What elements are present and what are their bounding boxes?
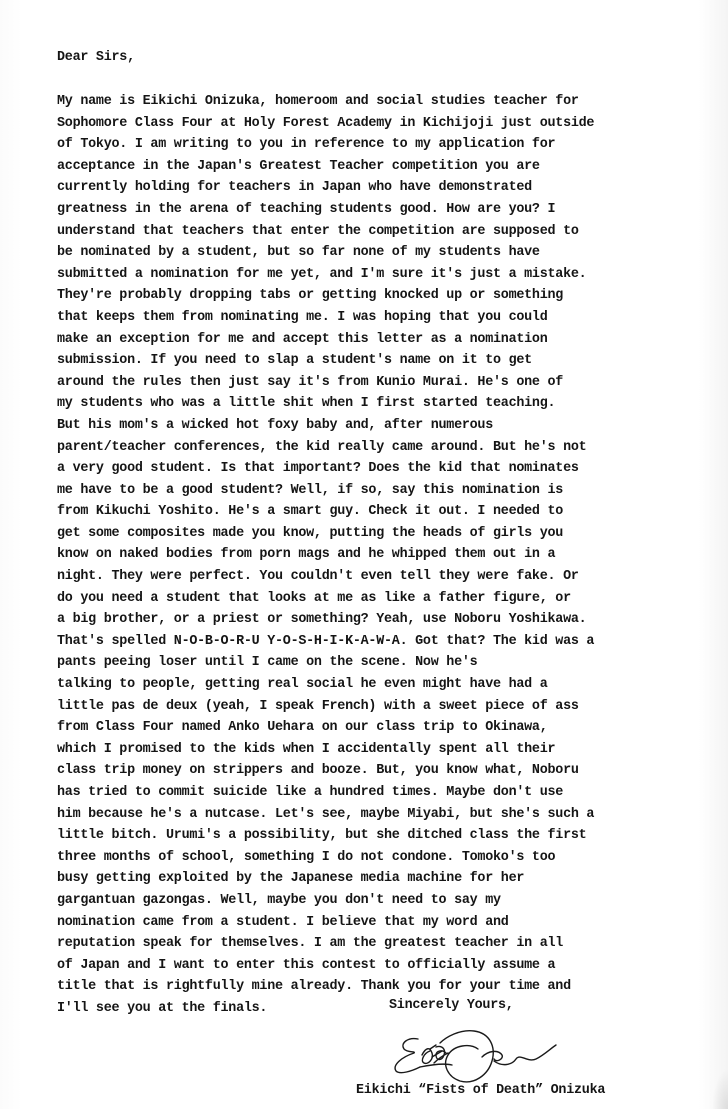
text-line: submitted a nomination for me yet, and I… [57, 264, 722, 286]
text-line: night. They were perfect. You couldn't e… [57, 566, 722, 588]
salutation: Dear Sirs, [57, 47, 722, 68]
closing: Sincerely Yours, [389, 998, 514, 1013]
text-line: Sophomore Class Four at Holy Forest Acad… [57, 113, 722, 135]
text-line: a very good student. Is that important? … [57, 458, 722, 480]
text-line: which I promised to the kids when I acci… [57, 739, 722, 761]
text-line: be nominated by a student, but so far no… [57, 242, 722, 264]
text-line: submission. If you need to slap a studen… [57, 350, 722, 372]
letter-paragraph: My name is Eikichi Onizuka, homeroom and… [57, 91, 722, 1020]
text-line: acceptance in the Japan's Greatest Teach… [57, 156, 722, 178]
text-line: busy getting exploited by the Japanese m… [57, 868, 722, 890]
text-line: make an exception for me and accept this… [57, 329, 722, 351]
text-line: talking to people, getting real social h… [57, 674, 722, 696]
text-line: They're probably dropping tabs or gettin… [57, 285, 722, 307]
text-line: get some composites made you know, putti… [57, 523, 722, 545]
page-corner-shadow [712, 1069, 728, 1109]
text-line: has tried to commit suicide like a hundr… [57, 782, 722, 804]
text-line: gargantuan gazongas. Well, maybe you don… [57, 890, 722, 912]
letter-body: Dear Sirs, My name is Eikichi Onizuka, h… [57, 47, 722, 1020]
signer-name: Eikichi “Fists of Death” Onizuka [356, 1083, 605, 1098]
text-line: class trip money on strippers and booze.… [57, 760, 722, 782]
letter-page: Dear Sirs, My name is Eikichi Onizuka, h… [0, 0, 728, 1109]
text-line: that keeps them from nominating me. I wa… [57, 307, 722, 329]
text-line: a big brother, or a priest or something?… [57, 609, 722, 631]
text-line: of Japan and I want to enter this contes… [57, 955, 722, 977]
text-line: parent/teacher conferences, the kid real… [57, 437, 722, 459]
text-line: currently holding for teachers in Japan … [57, 177, 722, 199]
text-line: three months of school, something I do n… [57, 847, 722, 869]
text-line: me have to be a good student? Well, if s… [57, 480, 722, 502]
text-line: little pas de deux (yeah, I speak French… [57, 696, 722, 718]
text-line: title that is rightfully mine already. T… [57, 976, 722, 998]
text-line: little bitch. Urumi's a possibility, but… [57, 825, 722, 847]
signature-icon [390, 1025, 600, 1087]
text-line: around the rules then just say it's from… [57, 372, 722, 394]
text-line: of Tokyo. I am writing to you in referen… [57, 134, 722, 156]
text-line: My name is Eikichi Onizuka, homeroom and… [57, 91, 722, 113]
text-line: do you need a student that looks at me a… [57, 588, 722, 610]
text-line: understand that teachers that enter the … [57, 221, 722, 243]
text-line: my students who was a little shit when I… [57, 393, 722, 415]
text-line: from Class Four named Anko Uehara on our… [57, 717, 722, 739]
text-line: him because he's a nutcase. Let's see, m… [57, 804, 722, 826]
text-line: But his mom's a wicked hot foxy baby and… [57, 415, 722, 437]
text-line: know on naked bodies from porn mags and … [57, 544, 722, 566]
text-line: from Kikuchi Yoshito. He's a smart guy. … [57, 501, 722, 523]
text-line: nomination came from a student. I believ… [57, 912, 722, 934]
text-line: reputation speak for themselves. I am th… [57, 933, 722, 955]
text-line: That's spelled N-O-B-O-R-U Y-O-S-H-I-K-A… [57, 631, 722, 653]
text-line: pants peeing loser until I came on the s… [57, 652, 722, 674]
text-line: greatness in the arena of teaching stude… [57, 199, 722, 221]
